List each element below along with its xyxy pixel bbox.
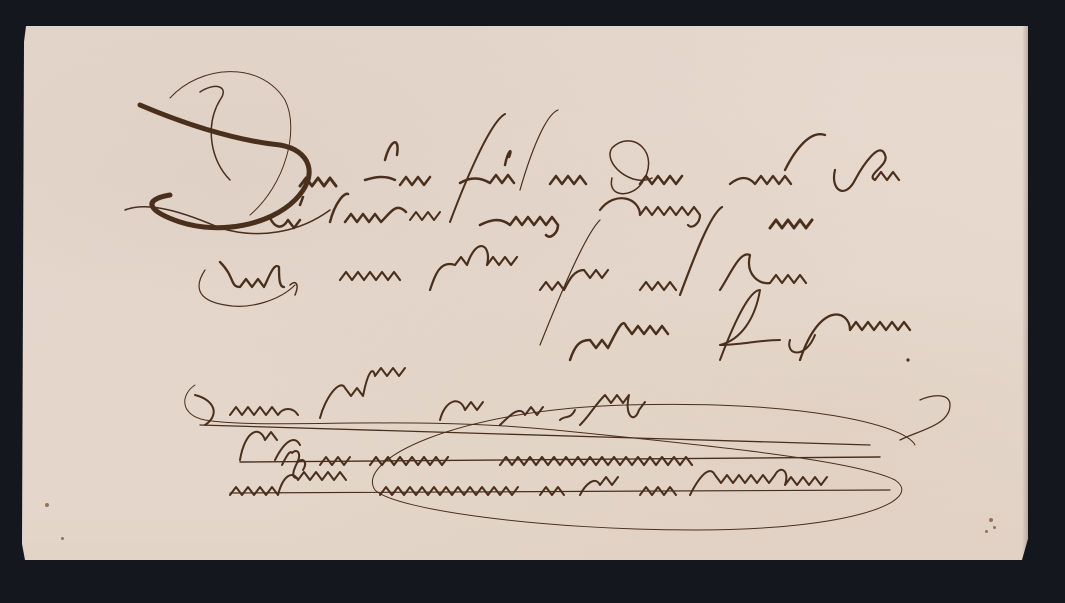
address-line-3: Weyll, Meinem Zu Sondere gro schen fiere (215, 265, 692, 290)
ink-stain (989, 518, 993, 522)
endorsement-line-3: nit Zugeben ... nach mit so viel schuldi… (230, 474, 713, 498)
ink-stain (61, 537, 64, 540)
ink-stain (985, 530, 988, 533)
ink-stain (993, 526, 996, 529)
address-line-1: Dem Edlen Ernvesten Ohaim Eckhardt Herrn (300, 162, 807, 187)
ink-stain (45, 503, 49, 507)
endorsement-line-2: Ao 97. mit gegen Bericht Ungewiss erkenn… (240, 440, 684, 464)
handwriting-ink (0, 0, 1065, 603)
address-line-2: zu Landtzkron, Ehrenburg, Chomburg und (270, 202, 747, 227)
endorsement-line-1: Ohaim Eckhardt schreib dass den 7 August… (200, 398, 646, 422)
address-line-4: geliebten L. Ohaimer. (570, 338, 811, 363)
